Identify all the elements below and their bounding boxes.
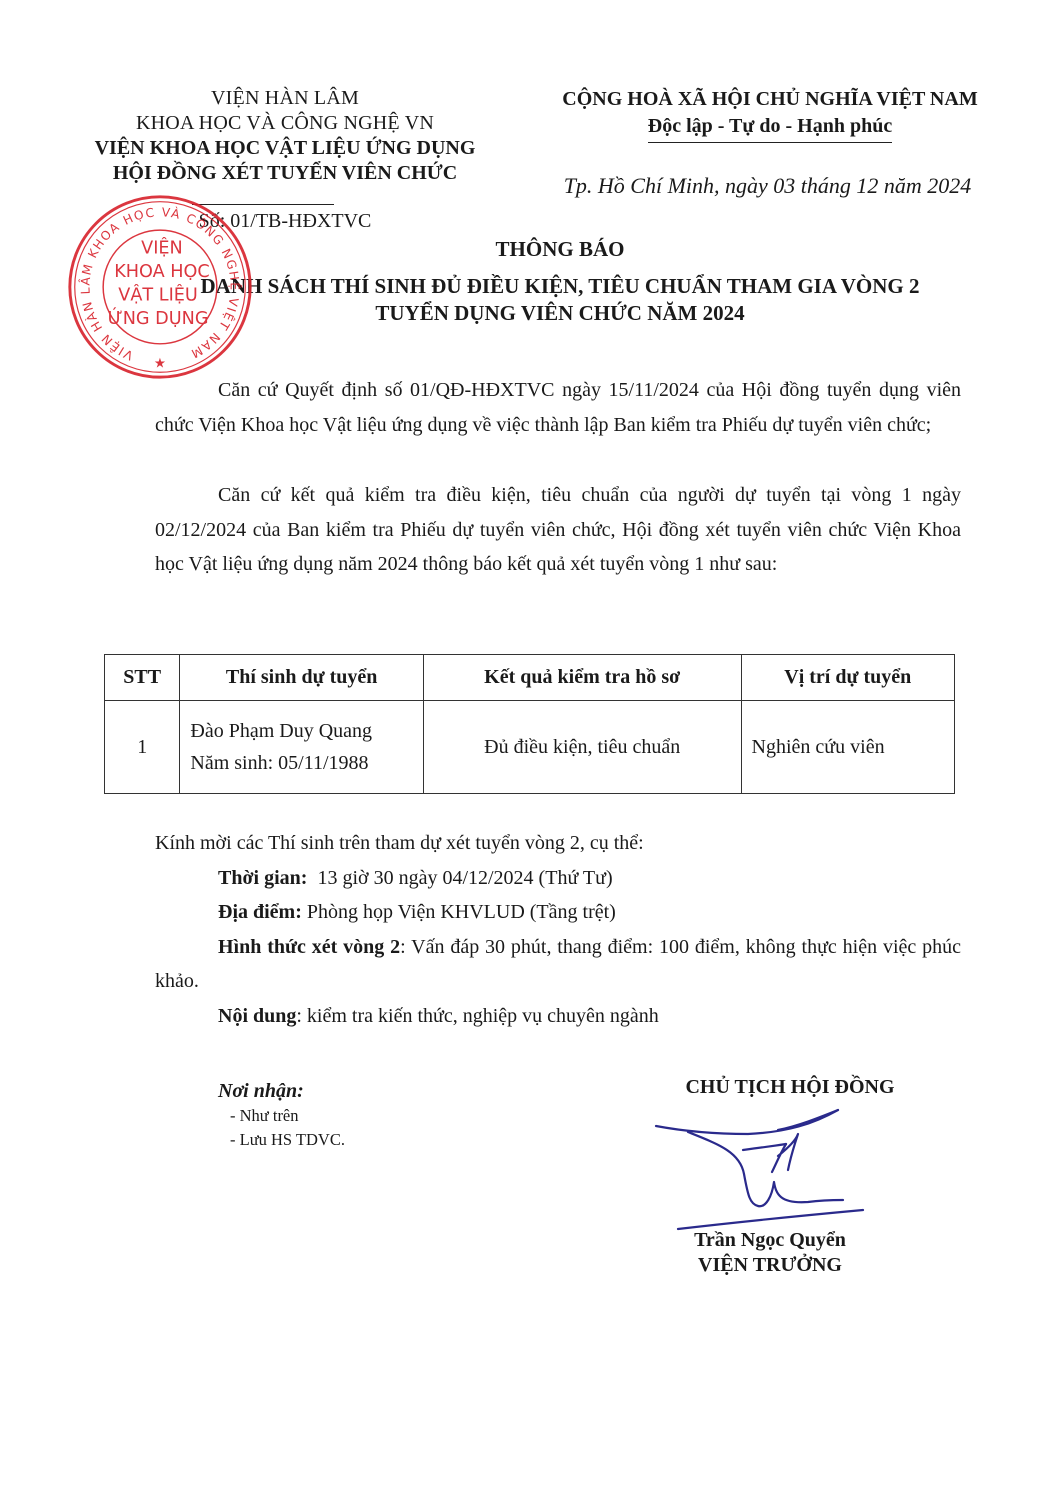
invitation-block: Kính mời các Thí sinh trên tham dự xét t…: [155, 826, 961, 1033]
candidate-results-table: STT Thí sinh dự tuyển Kết quả kiểm tra h…: [104, 654, 955, 794]
agency-name: VIỆN KHOA HỌC VẬT LIỆU ỨNG DỤNG: [70, 136, 500, 161]
issuing-agency-header: VIỆN HÀN LÂM KHOA HỌC VÀ CÔNG NGHỆ VN VI…: [70, 86, 500, 186]
signatory: Trần Ngọc Quyển VIỆN TRƯỞNG: [640, 1228, 900, 1278]
paragraph-legal-basis-1: Căn cứ Quyết định số 01/QĐ-HĐXTVC ngày 1…: [155, 373, 961, 442]
recipients-block: Nơi nhận: - Như trên - Lưu HS TDVC.: [218, 1078, 345, 1152]
official-seal-stamp: VIỆN HÀN LÂM KHOA HỌC VÀ CÔNG NGHỆ VIỆT …: [62, 192, 258, 380]
exam-time: Thời gian: 13 giờ 30 ngày 04/12/2024 (Th…: [155, 861, 961, 896]
cell-candidate: Đào Phạm Duy Quang Năm sinh: 05/11/1988: [180, 701, 423, 794]
exam-content: Nội dung: kiểm tra kiến thức, nghiệp vụ …: [155, 999, 961, 1034]
column-header-stt: STT: [105, 655, 180, 701]
exam-format-label: Hình thức xét vòng 2: [218, 936, 400, 958]
signatory-title: CHỦ TỊCH HỘI ĐỒNG: [640, 1076, 940, 1099]
seal-line: VẬT LIỆU: [118, 284, 198, 306]
agency-parent-line1: VIỆN HÀN LÂM: [70, 86, 500, 111]
column-header-candidate: Thí sinh dự tuyển: [180, 655, 423, 701]
cell-stt: 1: [105, 701, 180, 794]
table-header-row: STT Thí sinh dự tuyển Kết quả kiểm tra h…: [105, 655, 955, 701]
exam-time-label: Thời gian:: [218, 867, 307, 889]
council-name: HỘI ĐỒNG XÉT TUYỂN VIÊN CHỨC: [70, 161, 500, 186]
table-row: 1 Đào Phạm Duy Quang Năm sinh: 05/11/198…: [105, 701, 955, 794]
exam-place: Địa điểm: Phòng họp Viện KHVLUD (Tầng tr…: [155, 895, 961, 930]
country-name: CỘNG HOÀ XÃ HỘI CHỦ NGHĨA VIỆT NAM: [525, 86, 1015, 113]
candidate-birthdate: Năm sinh: 05/11/1988: [190, 747, 421, 779]
recipients-title: Nơi nhận:: [218, 1078, 345, 1104]
agency-parent-line2: KHOA HỌC VÀ CÔNG NGHỆ VN: [70, 111, 500, 136]
handwritten-signature: [648, 1104, 878, 1234]
recipient-item: - Như trên: [218, 1104, 345, 1128]
signatory-name: Trần Ngọc Quyển: [640, 1228, 900, 1253]
candidate-name: Đào Phạm Duy Quang: [190, 715, 421, 747]
column-header-result: Kết quả kiểm tra hồ sơ: [423, 655, 741, 701]
seal-line: KHOA HỌC: [114, 262, 209, 282]
cell-position: Nghiên cứu viên: [741, 701, 954, 794]
seal-ring-text: VIỆN HÀN LÂM KHOA HỌC VÀ CÔNG NGHỆ VIỆT …: [77, 205, 242, 362]
exam-place-value: Phòng họp Viện KHVLUD (Tầng trệt): [302, 901, 616, 923]
seal-star-icon: ★: [154, 355, 166, 370]
cell-result: Đủ điều kiện, tiêu chuẩn: [423, 701, 741, 794]
place-date: Tp. Hồ Chí Minh, ngày 03 tháng 12 năm 20…: [520, 173, 1015, 199]
exam-format: Hình thức xét vòng 2: Vấn đáp 30 phút, t…: [155, 930, 961, 999]
national-motto: Độc lập - Tự do - Hạnh phúc: [648, 113, 892, 143]
national-header: CỘNG HOÀ XÃ HỘI CHỦ NGHĨA VIỆT NAM Độc l…: [525, 86, 1015, 143]
paragraph-legal-basis-2: Căn cứ kết quả kiểm tra điều kiện, tiêu …: [155, 478, 961, 582]
exam-content-label: Nội dung: [218, 1005, 296, 1027]
recipient-item: - Lưu HS TDVC.: [218, 1128, 345, 1152]
seal-line: ỨNG DỤNG: [108, 307, 209, 329]
column-header-position: Vị trí dự tuyển: [741, 655, 954, 701]
seal-line: VIỆN: [141, 237, 183, 259]
signatory-role: VIỆN TRƯỞNG: [640, 1253, 900, 1278]
invitation-intro: Kính mời các Thí sinh trên tham dự xét t…: [155, 826, 961, 861]
exam-content-value: : kiểm tra kiến thức, nghiệp vụ chuyên n…: [296, 1005, 658, 1027]
exam-place-label: Địa điểm:: [218, 901, 302, 923]
exam-time-value: 13 giờ 30 ngày 04/12/2024 (Thứ Tư): [307, 867, 612, 889]
